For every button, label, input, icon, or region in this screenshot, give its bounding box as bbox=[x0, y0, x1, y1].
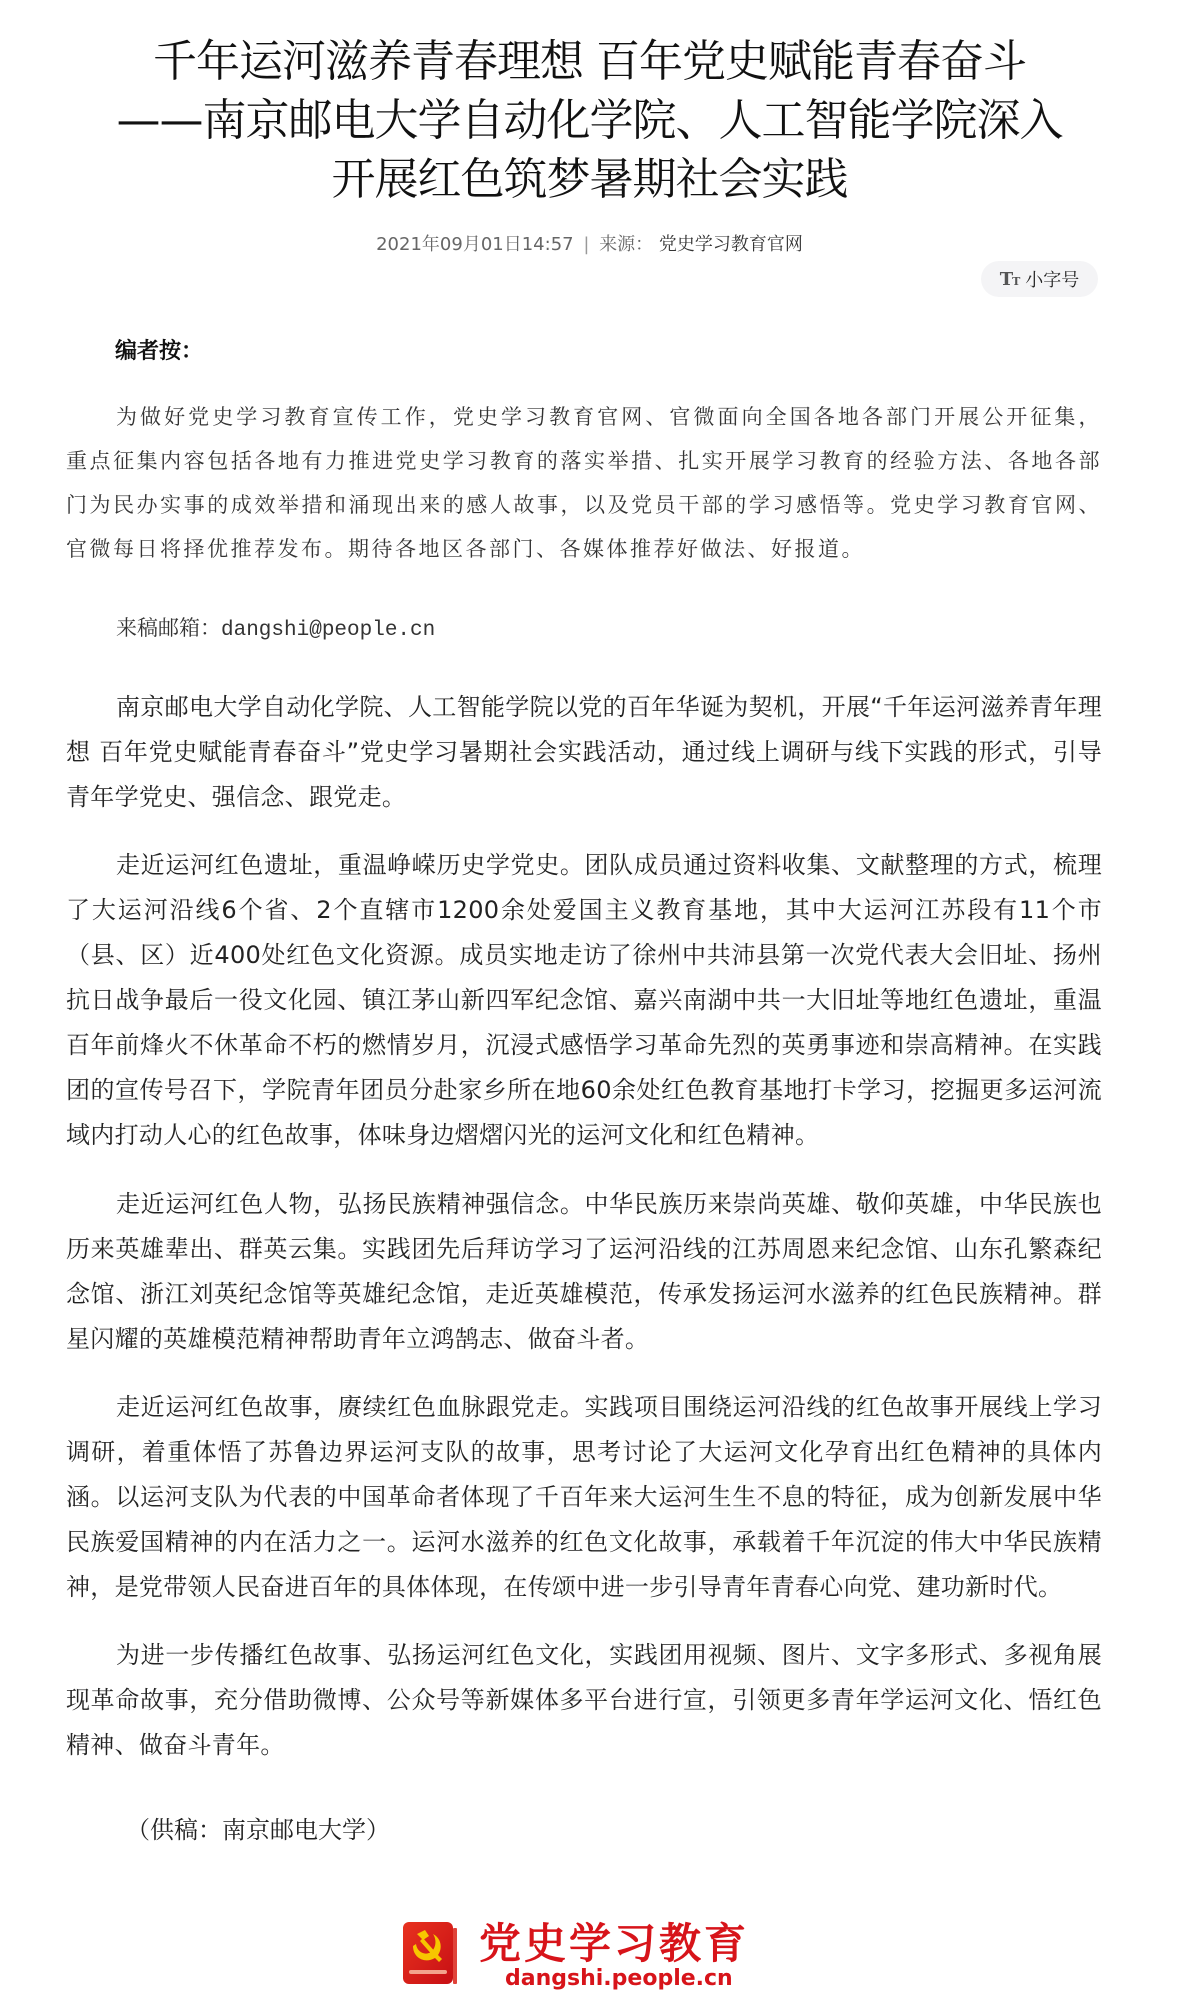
editor-note-heading: 编者按： bbox=[115, 334, 203, 365]
email-address-link[interactable]: dangshi@people.cn bbox=[221, 619, 435, 642]
email-label: 来稿邮箱： bbox=[116, 616, 221, 640]
title-line-3: 开展红色筑梦暑期社会实践 bbox=[0, 150, 1179, 209]
logo-title: 党史学习教育 bbox=[479, 1920, 749, 1968]
article-meta: 2021年09月01日14:57 | 来源： 党史学习教育官网 bbox=[0, 232, 1179, 258]
font-size-toggle-button[interactable]: TT 小字号 bbox=[981, 261, 1098, 297]
contributor-credit: （供稿：南京邮电大学） bbox=[126, 1810, 390, 1845]
footer-logo[interactable]: 党史学习教育 dangshi.people.cn bbox=[403, 1920, 783, 1992]
meta-separator: | bbox=[583, 234, 589, 255]
text-size-icon: TT bbox=[1000, 269, 1020, 290]
logo-url: dangshi.people.cn bbox=[505, 1966, 733, 1992]
submission-email: 来稿邮箱：dangshi@people.cn bbox=[116, 612, 435, 642]
editor-note-text: 为做好党史学习教育宣传工作，党史学习教育官网、官微面向全国各地各部门开展公开征集… bbox=[66, 395, 1102, 571]
publish-datetime: 2021年09月01日14:57 bbox=[376, 234, 574, 255]
body-paragraph-2: 走近运河红色遗址，重温峥嵘历史学党史。团队成员通过资料收集、文献整理的方式，梳理… bbox=[66, 843, 1102, 1158]
title-line-2: ——南京邮电大学自动化学院、人工智能学院深入 bbox=[0, 91, 1179, 150]
source-name: 党史学习教育官网 bbox=[659, 234, 803, 255]
body-paragraph-1: 南京邮电大学自动化学院、人工智能学院以党的百年华诞为契机，开展“千年运河滋养青年… bbox=[66, 685, 1102, 820]
party-emblem-book-icon bbox=[403, 1922, 459, 1986]
body-paragraph-3: 走近运河红色人物，弘扬民族精神强信念。中华民族历来崇尚英雄、敬仰英雄，中华民族也… bbox=[66, 1182, 1102, 1362]
article-title: 千年运河滋养青春理想 百年党史赋能青春奋斗 ——南京邮电大学自动化学院、人工智能… bbox=[0, 32, 1179, 209]
body-paragraph-4: 走近运河红色故事，赓续红色血脉跟党走。实践项目围绕运河沿线的红色故事开展线上学习… bbox=[66, 1385, 1102, 1610]
font-size-label: 小字号 bbox=[1025, 266, 1079, 292]
body-paragraph-5: 为进一步传播红色故事、弘扬运河红色文化，实践团用视频、图片、文字多形式、多视角展… bbox=[66, 1633, 1102, 1768]
source-label: 来源： bbox=[599, 234, 653, 255]
title-line-1: 千年运河滋养青春理想 百年党史赋能青春奋斗 bbox=[0, 32, 1179, 91]
